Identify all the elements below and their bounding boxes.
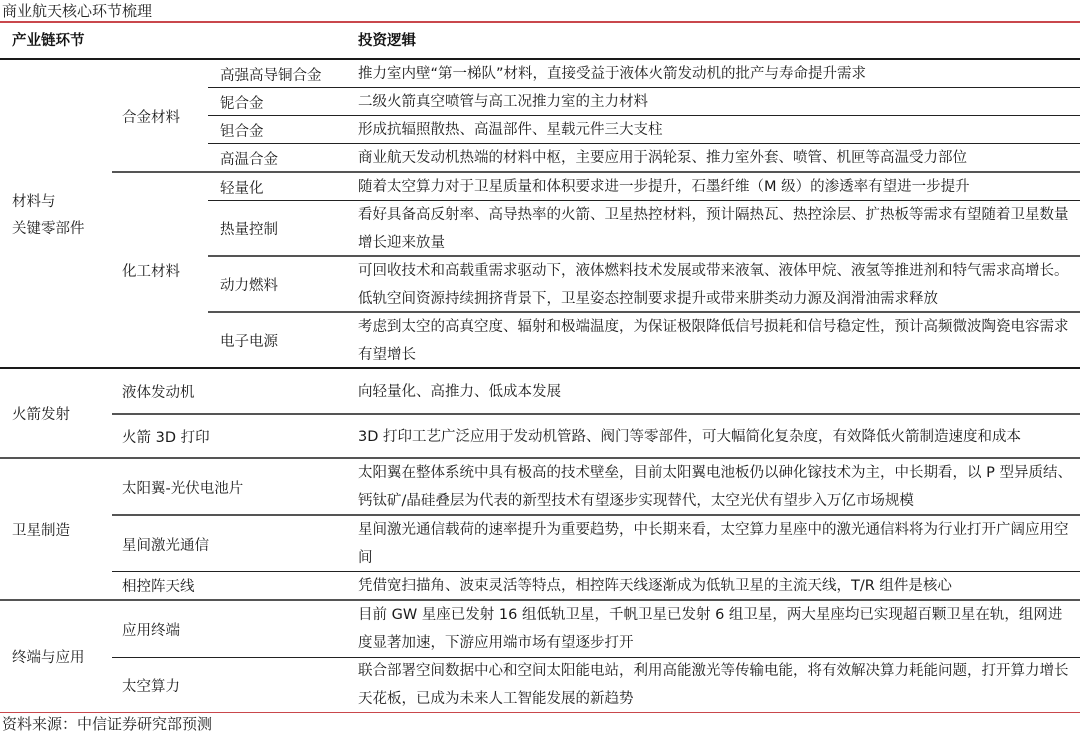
group-label-terminal: 终端与应用 <box>12 601 85 712</box>
item-name: 火箭 3D 打印 <box>122 415 210 458</box>
header-logic: 投资逻辑 <box>358 24 416 58</box>
item-name: 高温合金 <box>220 144 278 172</box>
item-logic: 太阳翼在整体系统中具有极高的技术壁垒，目前太阳翼电池板仍以砷化镓技术为主，中长期… <box>358 459 1073 515</box>
item-logic: 联合部署空间数据中心和空间太阳能电站，利用高能激光等传输电能，将有效解决算力耗能… <box>358 658 1073 712</box>
item-name: 星间激光通信 <box>122 516 209 572</box>
item-logic: 推力室内壁“第一梯队”材料，直接受益于液体火箭发动机的批产与寿命提升需求 <box>358 60 1073 88</box>
item-name: 热量控制 <box>220 201 278 256</box>
item-name: 轻量化 <box>220 173 264 201</box>
item-name: 应用终端 <box>122 601 180 657</box>
item-name: 电子电源 <box>220 313 278 368</box>
item-logic: 3D 打印工艺广泛应用于发动机管路、阀门等零部件，可大幅简化复杂度，有效降低火箭… <box>358 415 1073 458</box>
item-logic: 随着太空算力对于卫星质量和体积要求进一步提升，石墨纤维（M 级）的渗透率有望进一… <box>358 173 1073 201</box>
item-logic: 考虑到太空的高真空度、辐射和极端温度，为保证极限降低信号损耗和信号稳定性，预计高… <box>358 313 1073 368</box>
item-logic: 凭借宽扫描角、波束灵活等特点，相控阵天线逐渐成为低轨卫星的主流天线，T/R 组件… <box>358 572 1073 599</box>
item-name: 相控阵天线 <box>122 572 195 599</box>
item-logic: 二级火箭真空喷管与高工况推力室的主力材料 <box>358 88 1073 116</box>
item-name: 液体发动机 <box>122 369 195 414</box>
item-logic: 向轻量化、高推力、低成本发展 <box>358 369 1073 414</box>
item-name: 动力燃料 <box>220 257 278 312</box>
item-name: 高强高导铜合金 <box>220 60 322 88</box>
group-label-satellite: 卫星制造 <box>12 459 70 600</box>
item-name: 太阳翼-光伏电池片 <box>122 459 243 515</box>
item-logic: 看好具备高反射率、高导热率的火箭、卫星热控材料，预计隔热瓦、热控涂层、扩热板等需… <box>358 201 1073 256</box>
group-label-rocket: 火箭发射 <box>12 369 70 458</box>
subgroup-label-alloy: 合金材料 <box>122 60 180 172</box>
item-name: 钽合金 <box>220 116 264 144</box>
subgroup-label-chemical: 化工材料 <box>122 172 180 368</box>
item-logic: 目前 GW 星座已发射 16 组低轨卫星，千帆卫星已发射 6 组卫星，两大星座均… <box>358 601 1073 657</box>
item-logic: 星间激光通信载荷的速率提升为重要趋势，中长期来看，太空算力星座中的激光通信料将为… <box>358 516 1073 572</box>
item-logic: 可回收技术和高载重需求驱动下，液体燃料技术发展或带来液氧、液体甲烷、液氢等推进剂… <box>358 257 1073 312</box>
group-label-line2: 关键零部件 <box>12 216 85 243</box>
item-name: 太空算力 <box>122 658 180 712</box>
table-title: 商业航天核心环节梳理 <box>2 1 152 21</box>
item-name: 铌合金 <box>220 88 264 116</box>
item-logic: 商业航天发动机热端的材料中枢，主要应用于涡轮泵、推力室外套、喷管、机匣等高温受力… <box>358 144 1073 172</box>
bottom-red-rule <box>0 712 1080 713</box>
header-chain: 产业链环节 <box>12 24 85 58</box>
group-label-line1: 材料与 <box>12 189 56 216</box>
title-red-rule <box>0 21 1080 23</box>
group-label-materials: 材料与 关键零部件 <box>12 188 85 244</box>
source-note: 资料来源：中信证券研究部预测 <box>2 714 212 734</box>
item-logic: 形成抗辐照散热、高温部件、星载元件三大支柱 <box>358 116 1073 144</box>
